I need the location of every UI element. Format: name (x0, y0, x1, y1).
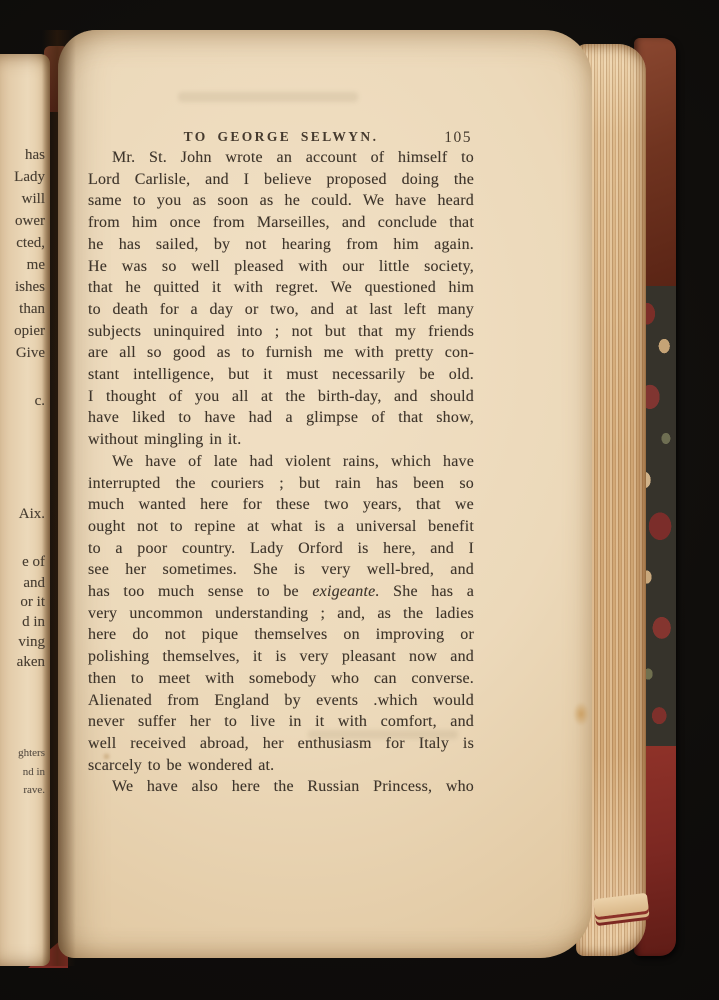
text-line: from him once from Marseilles, and concl… (88, 212, 474, 234)
line-end-fragment: d in (22, 613, 45, 631)
line-end-fragment: Lady (14, 168, 45, 186)
text-line: without mingling in it. (88, 429, 474, 451)
text-line: well received abroad, her enthusiasm for… (88, 733, 474, 755)
line-end-fragment: opier (14, 322, 45, 340)
text-line: He was so well pleased with our little s… (88, 256, 474, 278)
footnote-fragment: rave. (23, 781, 45, 799)
line-end-fragment: aken (17, 653, 45, 671)
line-end-fragment: Aix. (19, 505, 45, 523)
text-line: then to meet with somebody who can conve… (88, 668, 474, 690)
footnote-fragment: ghters (18, 744, 45, 762)
text-line: much wanted here for these two years, th… (88, 494, 474, 516)
text-line: scarcely to be wondered at. (88, 755, 474, 777)
footnote-fragment: nd in (23, 763, 45, 781)
italic-word: exigeante. (312, 583, 379, 600)
line-end-fragment: will (22, 190, 45, 208)
header-title: TO GEORGE SELWYN. (88, 129, 474, 145)
text-line: stant intelligence, but it must necessar… (88, 364, 474, 386)
line-end-fragment: Give (16, 344, 45, 362)
text-line: see her sometimes. She is very well-bred… (88, 559, 474, 581)
line-end-fragment: ower (15, 212, 45, 230)
text-line: I thought of you all at the birth-day, a… (88, 386, 474, 408)
line-end-fragment: than (19, 300, 45, 318)
text-line: We have also here the Russian Princess, … (88, 776, 474, 798)
previous-page-sliver: hasLadywillowercted,meishesthanopierGive… (0, 54, 50, 966)
text-line: ought not to repine at what is a univers… (88, 516, 474, 538)
line-end-fragment: and (23, 574, 45, 592)
running-header: TO GEORGE SELWYN. 105 (88, 129, 474, 149)
text-line: that he quitted it with regret. We quest… (88, 277, 474, 299)
show-through-text (178, 92, 358, 102)
line-end-fragment: c. (35, 392, 45, 410)
line-end-fragment: or it (20, 593, 45, 611)
text-line: have liked to have had a glimpse of that… (88, 407, 474, 429)
text-line: very uncommon understanding ; and, as th… (88, 603, 474, 625)
text-line: subjects uninquired into ; not but that … (88, 321, 474, 343)
body-text: Mr. St. John wrote an account of himself… (88, 147, 474, 798)
photograph-of-open-book: TO GEORGE SELWYN. 105 Mr. St. John wrote… (0, 0, 719, 1000)
line-end-fragment: has (25, 146, 45, 164)
line-end-fragment: me (27, 256, 45, 274)
foxing-stain (573, 702, 589, 726)
book-page: TO GEORGE SELWYN. 105 Mr. St. John wrote… (58, 30, 592, 958)
page-number: 105 (444, 129, 472, 147)
text-line: here do not pique themselves on improvin… (88, 624, 474, 646)
text-line: Lord Carlisle, and I believe proposed do… (88, 169, 474, 191)
text-line: never suffer her to live in it with comf… (88, 711, 474, 733)
text-line: Mr. St. John wrote an account of himself… (88, 147, 474, 169)
text-line: same to you as soon as he could. We have… (88, 190, 474, 212)
text-line: he has sailed, by not hearing from him a… (88, 234, 474, 256)
text-line: are all so good as to furnish me with pr… (88, 342, 474, 364)
line-end-fragment: ishes (15, 278, 45, 296)
line-end-fragment: e of (22, 553, 45, 571)
text-line: to death for a day or two, and at last l… (88, 299, 474, 321)
line-end-fragment: ving (18, 633, 45, 651)
text-line: interrupted the couriers ; but rain has … (88, 473, 474, 495)
text-line: We have of late had violent rains, which… (88, 451, 474, 473)
text-line: polishing themselves, it is very pleasan… (88, 646, 474, 668)
text-line: has too much sense to be exigeante. She … (88, 581, 474, 603)
text-line: Alienated from England by events .which … (88, 690, 474, 712)
line-end-fragment: cted, (16, 234, 45, 252)
text-line: to a poor country. Lady Orford is here, … (88, 538, 474, 560)
